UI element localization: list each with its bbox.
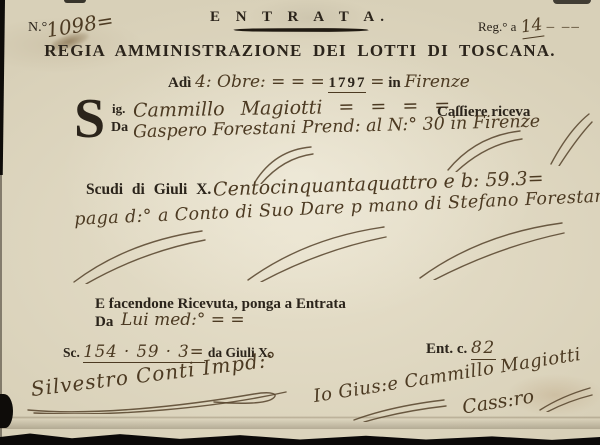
ent-label: Ent. c. [426,341,467,357]
date-handwritten: 4: Obre: = = = [195,72,325,92]
pen-flourish [446,128,524,172]
entry-number-line: Ent. c. 82 [426,338,496,358]
signature-right-role: Cass:ro [461,385,536,418]
organization-heading: REGIA AMMINISTRAZIONE DEI LOTTI DI TOSCA… [0,41,600,61]
date-dash: = [370,72,384,92]
receipt-clause-da-label: Da [95,314,113,331]
date-line: Adì 4: Obre: = = = 1797 = in Firenze [168,72,470,92]
paper-shadow [0,419,600,429]
pen-flourish [538,386,594,412]
register-dashes: – –– [547,19,581,35]
register-value: 14 [519,15,543,40]
scan-edge-top-right [553,0,591,4]
place-handwritten: Firenze [404,72,469,92]
adi-label: Adì [168,75,191,91]
dropcap-s: S [74,96,105,144]
scanned-receipt-page: N.° 1098= E N T R A T A. Reg.° a 14 – ––… [0,0,600,445]
receipt-from-handwritten: Lui med:° = = [121,310,245,330]
pen-flourish [72,228,207,284]
scan-edge-bottom [0,429,600,445]
pen-flourish [246,224,388,282]
register-line: Reg.° a 14 – –– [478,16,581,38]
year-value: 1797 [328,75,366,93]
scan-edge-top-left [64,0,86,3]
register-label: Reg.° a [478,19,516,34]
pen-flourish [418,220,566,280]
scan-edge-left [0,0,5,175]
scudi-label: Scudi di Giuli X. [86,181,211,199]
title-underline [233,28,369,32]
pen-flourish [549,112,593,166]
sig-label: ig. [112,101,125,117]
from-label: Da [111,120,128,136]
sc-label: Sc. [63,345,80,360]
in-label: in [388,75,401,91]
